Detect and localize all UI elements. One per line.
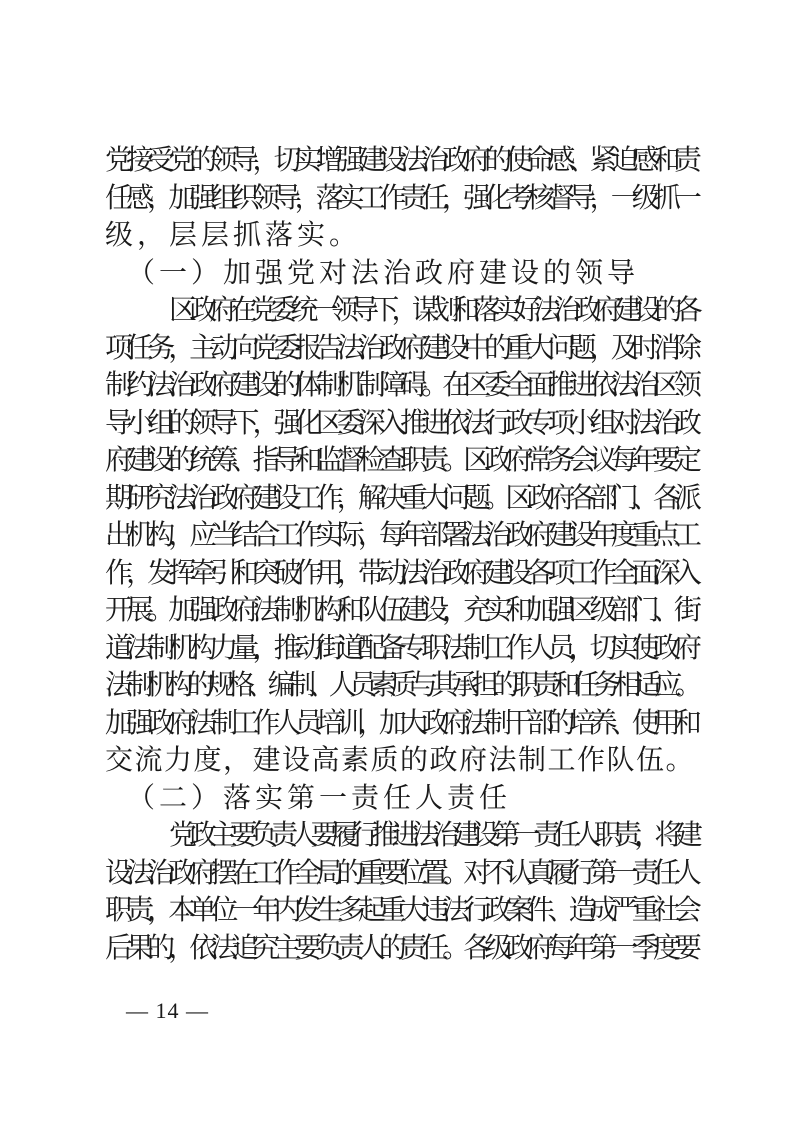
heading-text: （一）加强党对法治政府建设的领导 [105,254,695,292]
text-line: 职责，本单位一年内发生多起重大违法行政案件、造成严重社会 [105,891,695,929]
text-line: 制约法治政府建设的体制机制障碍。在区委全面推进依法治区领 [105,366,695,404]
text-line: 导小组的领导下，强化区委深入推进依法行政专项小组对法治政 [105,404,695,442]
paragraph-leadership-continuation: 党接受党的领导，切实增强建设法治政府的使命感、紧迫感和责 任感，加强组织领导，落… [105,141,695,254]
text-line: 道法制机构力量，推动街道配备专职法制工作人员，切实使政府 [105,629,695,667]
text-line: 府建设的统筹、指导和监督检查职责。区政府常务会议每年要定 [105,441,695,479]
text-line: 开展。加强政府法制机构和队伍建设，充实和加强区级部门、街 [105,591,695,629]
section-heading-2: （二）落实第一责任人责任 [105,779,695,817]
text-line: 任感，加强组织领导，落实工作责任，强化考核督导，一级抓一 [105,179,695,217]
document-page: 党接受党的领导，切实增强建设法治政府的使命感、紧迫感和责 任感，加强组织领导，落… [105,141,695,966]
text-line: 级，层层抓落实。 [105,216,695,254]
text-line: 作，发挥牵引和突破作用，带动法治政府建设各项工作全面深入 [105,554,695,592]
text-line: 加强政府法制工作人员培训，加大政府法制干部的培养、使用和 [105,704,695,742]
page-number: — 14 — [126,998,209,1024]
text-line: 设法治政府摆在工作全局的重要位置。对不认真履行第一责任人 [105,854,695,892]
heading-text: （二）落实第一责任人责任 [105,779,695,817]
text-line: 党政主要负责人要履行推进法治建设第一责任人职责，将建 [105,816,695,854]
text-line: 区政府在党委统一领导下，谋划和落实好法治政府建设的各 [105,291,695,329]
paragraph-party-leadership: 区政府在党委统一领导下，谋划和落实好法治政府建设的各 项任务，主动向党委报告法治… [105,291,695,779]
paragraph-first-responsible-person: 党政主要负责人要履行推进法治建设第一责任人职责，将建 设法治政府摆在工作全局的重… [105,816,695,966]
section-heading-1: （一）加强党对法治政府建设的领导 [105,254,695,292]
text-line: 交流力度，建设高素质的政府法制工作队伍。 [105,741,695,779]
text-line: 出机构，应当结合工作实际，每年部署法治政府建设年度重点工 [105,516,695,554]
text-line: 党接受党的领导，切实增强建设法治政府的使命感、紧迫感和责 [105,141,695,179]
text-line: 法制机构的规格、编制、人员素质与其承担的职责和任务相适应。 [105,666,695,704]
text-line: 期研究法治政府建设工作，解决重大问题。区政府各部门、各派 [105,479,695,517]
text-line: 项任务，主动向党委报告法治政府建设中的重大问题，及时消除 [105,329,695,367]
text-line: 后果的，依法追究主要负责人的责任。各级政府每年第一季度要 [105,929,695,967]
